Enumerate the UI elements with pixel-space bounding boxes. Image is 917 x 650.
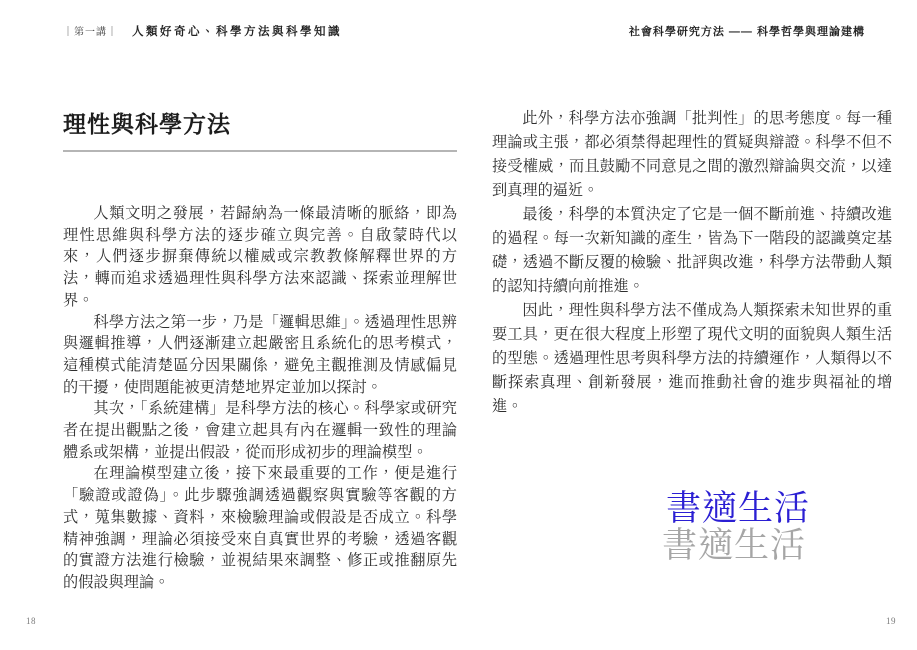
book-spread: ｜第一講｜ 人類好奇心、科學方法與科學知識 社會科學研究方法 —— 科學哲學與理…	[0, 0, 917, 650]
lecture-title: 人類好奇心、科學方法與科學知識	[132, 23, 342, 39]
paragraph: 科學方法之第一步，乃是「邏輯思維」。透過理性思辨與邏輯推導，人們逐漸建立起嚴密且…	[63, 312, 457, 399]
watermark-gray: 書適生活	[662, 518, 806, 568]
title-divider	[63, 150, 457, 152]
page-number-left: 18	[26, 616, 36, 626]
lecture-number-label: ｜第一講｜	[63, 23, 118, 38]
running-head-right: 社會科學研究方法 —— 科學哲學與理論建構	[629, 23, 865, 39]
paragraph: 在理論模型建立後，接下來最重要的工作，便是進行「驗證或證偽」。此步驟強調透過觀察…	[63, 463, 457, 593]
right-page-body: 此外，科學方法亦強調「批判性」的思考態度。每一種理論或主張，都必須禁得起理性的質…	[492, 107, 892, 419]
paragraph: 其次，「系統建構」是科學方法的核心。科學家或研究者在提出觀點之後，會建立起具有內…	[63, 398, 457, 463]
paragraph: 此外，科學方法亦強調「批判性」的思考態度。每一種理論或主張，都必須禁得起理性的質…	[492, 107, 892, 203]
left-page-body: 人類文明之發展，若歸納為一條最清晰的脈絡，即為理性思維與科學方法的逐步確立與完善…	[63, 203, 457, 594]
paragraph: 最後，科學的本質決定了它是一個不斷前進、持續改進的過程。每一次新知識的產生，皆為…	[492, 203, 892, 299]
running-head-left: ｜第一講｜ 人類好奇心、科學方法與科學知識	[63, 23, 342, 39]
paragraph: 因此，理性與科學方法不僅成為人類探索未知世界的重要工具，更在很大程度上形塑了現代…	[492, 299, 892, 419]
section-title: 理性與科學方法	[63, 106, 231, 139]
page-number-right: 19	[886, 616, 896, 626]
paragraph: 人類文明之發展，若歸納為一條最清晰的脈絡，即為理性思維與科學方法的逐步確立與完善…	[63, 203, 457, 312]
